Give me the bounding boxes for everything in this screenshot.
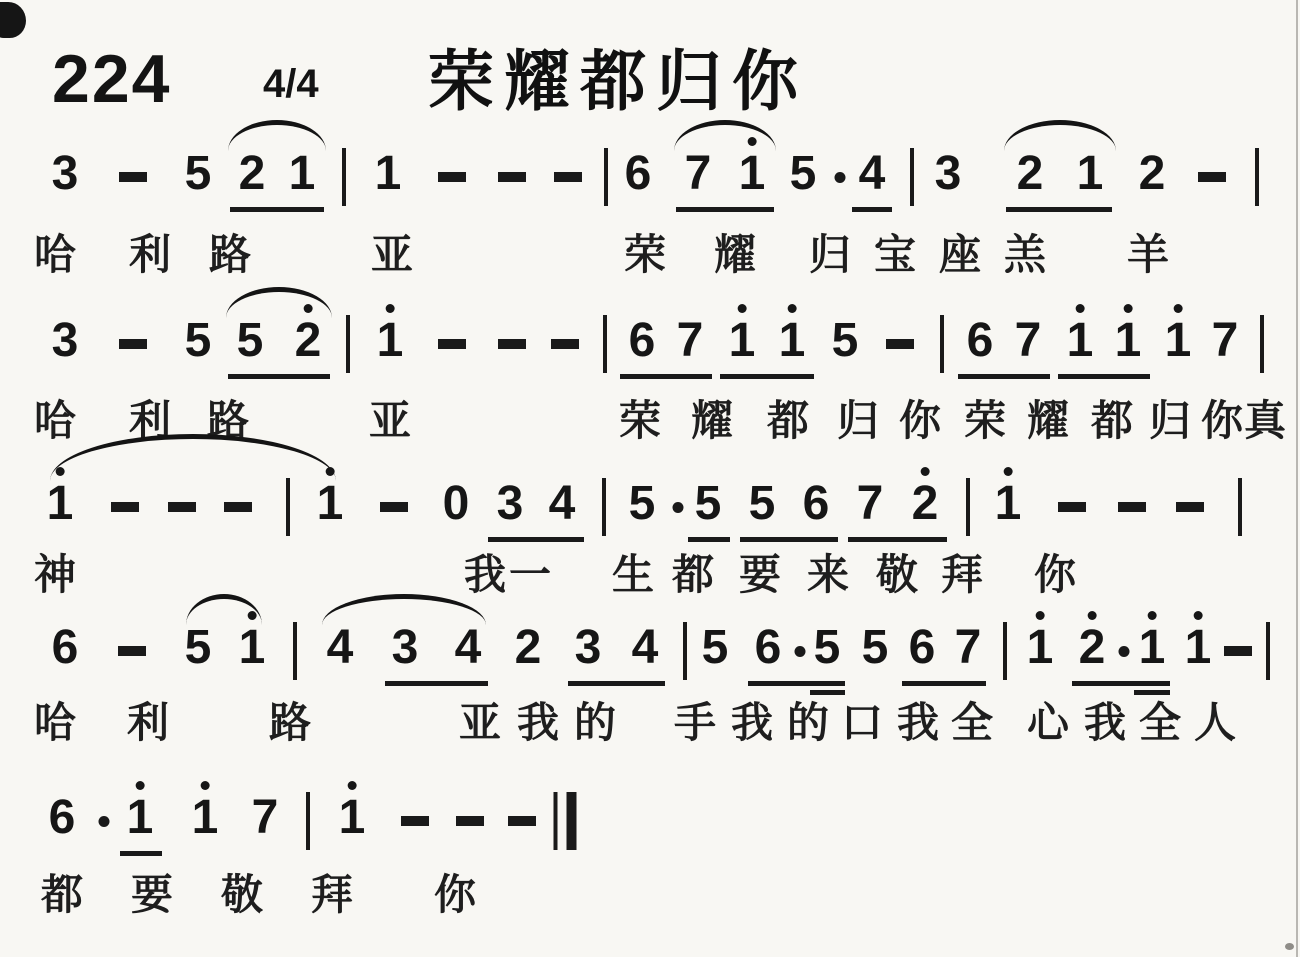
barline <box>306 794 310 850</box>
note-digit: 7 <box>857 480 884 528</box>
lyric-char: 要 <box>739 552 781 598</box>
eighth-beam <box>1006 207 1112 212</box>
note-digit: 7 <box>1015 317 1042 365</box>
duration-dash <box>119 317 147 349</box>
note-digit: 3 <box>52 150 79 198</box>
eighth-beam <box>228 374 330 379</box>
lyric-char: 都 <box>41 872 83 918</box>
note-digit: 4 <box>327 624 354 672</box>
note-digit: 1 <box>339 794 366 842</box>
duration-dash <box>118 624 146 656</box>
note-digit: 7 <box>1212 317 1239 365</box>
lyric-char: 羊 <box>1127 232 1169 278</box>
augmentation-dot <box>835 150 846 183</box>
augmentation-dot <box>99 794 110 827</box>
lyric-char: 敬 <box>876 552 918 598</box>
eighth-beam <box>1058 374 1150 379</box>
lyric-char: 要 <box>131 872 173 918</box>
augmentation-dot <box>1119 624 1130 657</box>
duration-dash <box>119 150 147 182</box>
note-digit: 5 <box>695 480 722 528</box>
lyric-char: 人 <box>1194 700 1236 746</box>
note-digit: 3 <box>935 150 962 198</box>
lyric-char: 的 <box>574 700 616 746</box>
lyric-char: 敬 <box>221 872 263 918</box>
duration-dash <box>1224 624 1252 656</box>
note-digit: 2 <box>239 150 266 198</box>
note-digit: 1 <box>1185 624 1212 672</box>
duration-dash <box>438 317 466 349</box>
lyric-char: 拜 <box>311 872 353 918</box>
duration-dash <box>1198 150 1226 182</box>
lyric-char: 我 <box>731 700 773 746</box>
note-digit: 7 <box>252 794 279 842</box>
lyric-char: 亚 <box>371 232 413 278</box>
lyric-char: 的 <box>787 700 829 746</box>
barline <box>940 317 944 373</box>
barline <box>1255 150 1259 206</box>
eighth-beam <box>1072 681 1170 686</box>
octave-dot <box>1124 304 1133 313</box>
lyric-char: 哈 <box>34 700 76 746</box>
barline <box>1003 624 1007 680</box>
tie-arc <box>50 434 336 481</box>
eighth-beam <box>720 374 814 379</box>
lyric-char: 荣 <box>619 398 661 444</box>
duration-dash <box>111 480 139 512</box>
lyric-char: 我 <box>1084 700 1126 746</box>
lyric-char: 耀 <box>714 232 756 278</box>
sixteenth-beam <box>810 690 845 695</box>
octave-dot <box>738 304 747 313</box>
barline <box>910 150 914 206</box>
note-digit: 2 <box>1139 150 1166 198</box>
octave-dot <box>1088 611 1097 620</box>
eighth-beam <box>676 207 774 212</box>
note-digit: 1 <box>739 150 766 198</box>
note-digit: 1 <box>729 317 756 365</box>
octave-dot <box>1148 611 1157 620</box>
duration-dash <box>498 150 526 182</box>
duration-dash <box>886 317 914 349</box>
note-digit: 5 <box>814 624 841 672</box>
eighth-beam <box>740 537 838 542</box>
note-digit: 1 <box>1139 624 1166 672</box>
lyric-char: 你 <box>1034 552 1076 598</box>
lyric-char: 哈 <box>34 232 76 278</box>
barline <box>603 317 607 373</box>
barline <box>342 150 346 206</box>
lyric-char: 亚 <box>459 700 501 746</box>
duration-dash <box>554 150 582 182</box>
note-digit: 5 <box>862 624 889 672</box>
lyric-char: 你 <box>1201 398 1243 444</box>
note-digit: 6 <box>755 624 782 672</box>
octave-dot <box>788 304 797 313</box>
lyric-char: 都 <box>672 552 714 598</box>
eighth-beam <box>568 681 665 686</box>
lyric-char: 我 <box>464 552 506 598</box>
lyric-char: 耀 <box>691 398 733 444</box>
lyric-char: 你 <box>899 398 941 444</box>
note-digit: 6 <box>967 317 994 365</box>
barline <box>1238 480 1242 536</box>
octave-dot <box>1174 304 1183 313</box>
note-digit: 5 <box>832 317 859 365</box>
duration-dash <box>380 480 408 512</box>
note-digit: 5 <box>629 480 656 528</box>
lyric-char: 来 <box>807 552 849 598</box>
note-digit: 1 <box>1115 317 1142 365</box>
octave-dot <box>1004 467 1013 476</box>
scanned-hymn-page: 224 4/4 荣耀都归你 35211671543212哈利路亚荣耀归宝座羔羊3… <box>0 0 1300 957</box>
note-digit: 2 <box>515 624 542 672</box>
note-digit: 6 <box>909 624 936 672</box>
augmentation-dot <box>673 480 684 513</box>
eighth-beam <box>688 537 730 542</box>
lyric-char: 羔 <box>1004 232 1046 278</box>
note-digit: 4 <box>859 150 886 198</box>
note-digit: 3 <box>52 317 79 365</box>
note-digit: 1 <box>127 794 154 842</box>
duration-dash <box>224 480 252 512</box>
barline <box>966 480 970 536</box>
duration-dash <box>498 317 526 349</box>
octave-dot <box>1194 611 1203 620</box>
lyric-char: 荣 <box>964 398 1006 444</box>
duration-dash <box>438 150 466 182</box>
eighth-beam <box>852 207 892 212</box>
note-digit: 1 <box>47 480 74 528</box>
lyric-char: 路 <box>209 232 251 278</box>
duration-dash <box>456 794 484 826</box>
note-digit: 1 <box>1165 317 1192 365</box>
note-digit: 1 <box>1067 317 1094 365</box>
note-digit: 6 <box>803 480 830 528</box>
eighth-beam <box>902 681 986 686</box>
octave-dot <box>136 781 145 790</box>
duration-dash <box>508 794 536 826</box>
lyric-char: 归 <box>809 232 851 278</box>
eighth-beam <box>230 207 324 212</box>
lyric-char: 都 <box>767 398 809 444</box>
note-digit: 6 <box>49 794 76 842</box>
lyric-char: 我 <box>517 700 559 746</box>
eighth-beam <box>488 537 584 542</box>
duration-dash <box>1058 480 1086 512</box>
octave-dot <box>1076 304 1085 313</box>
note-digit: 3 <box>392 624 419 672</box>
lyric-char: 哈 <box>34 398 76 444</box>
note-digit: 1 <box>317 480 344 528</box>
barline <box>1266 624 1270 680</box>
note-digit: 5 <box>749 480 776 528</box>
note-digit: 7 <box>685 150 712 198</box>
note-digit: 2 <box>1017 150 1044 198</box>
note-digit: 1 <box>1077 150 1104 198</box>
lyric-char: 你 <box>434 872 476 918</box>
octave-dot <box>386 304 395 313</box>
note-digit: 4 <box>549 480 576 528</box>
lyric-char: 荣 <box>624 232 666 278</box>
note-digit: 2 <box>1079 624 1106 672</box>
duration-dash <box>168 480 196 512</box>
barline <box>604 150 608 206</box>
barline <box>346 317 350 373</box>
note-digit: 3 <box>575 624 602 672</box>
note-digit: 6 <box>629 317 656 365</box>
duration-dash <box>1118 480 1146 512</box>
note-digit: 5 <box>185 624 212 672</box>
note-digit: 4 <box>632 624 659 672</box>
note-digit: 5 <box>237 317 264 365</box>
note-digit: 5 <box>185 150 212 198</box>
note-digit: 1 <box>192 794 219 842</box>
barline <box>683 624 687 680</box>
note-digit: 7 <box>955 624 982 672</box>
note-digit: 1 <box>377 317 404 365</box>
lyric-char: 全 <box>951 700 993 746</box>
lyric-char: 耀 <box>1027 398 1069 444</box>
barline <box>1260 317 1264 373</box>
eighth-beam <box>120 851 162 856</box>
note-digit: 4 <box>455 624 482 672</box>
augmentation-dot <box>795 624 806 657</box>
lyric-char: 口 <box>841 700 883 746</box>
note-digit: 2 <box>912 480 939 528</box>
lyric-char: 我 <box>897 700 939 746</box>
lyric-char: 心 <box>1027 700 1069 746</box>
lyric-char: 一 <box>509 552 551 598</box>
lyric-char: 手 <box>674 700 716 746</box>
score: 35211671543212哈利路亚荣耀归宝座羔羊355216711567111… <box>0 0 1300 957</box>
note-digit: 1 <box>779 317 806 365</box>
lyric-char: 座 <box>939 232 981 278</box>
note-digit: 1 <box>375 150 402 198</box>
lyric-char: 归 <box>1149 398 1191 444</box>
duration-dash <box>401 794 429 826</box>
octave-dot <box>921 467 930 476</box>
note-digit: 1 <box>239 624 266 672</box>
lyric-char: 拜 <box>941 552 983 598</box>
lyric-char: 真 <box>1244 398 1286 444</box>
lyric-char: 宝 <box>874 232 916 278</box>
note-digit: 1 <box>995 480 1022 528</box>
lyric-char: 神 <box>34 552 76 598</box>
lyric-char: 生 <box>612 552 654 598</box>
final-barline <box>554 794 577 850</box>
eighth-beam <box>620 374 712 379</box>
eighth-beam <box>958 374 1050 379</box>
eighth-beam <box>748 681 845 686</box>
note-digit: 2 <box>295 317 322 365</box>
note-digit: 1 <box>1027 624 1054 672</box>
note-digit: 3 <box>497 480 524 528</box>
octave-dot <box>348 781 357 790</box>
note-digit: 5 <box>790 150 817 198</box>
barline <box>293 624 297 680</box>
note-digit: 1 <box>289 150 316 198</box>
lyric-char: 亚 <box>369 398 411 444</box>
note-digit: 6 <box>625 150 652 198</box>
note-digit: 6 <box>52 624 79 672</box>
lyric-char: 归 <box>837 398 879 444</box>
lyric-char: 利 <box>127 700 169 746</box>
barline <box>602 480 606 536</box>
note-digit: 0 <box>443 480 470 528</box>
duration-dash <box>551 317 579 349</box>
lyric-char: 全 <box>1139 700 1181 746</box>
note-digit: 7 <box>677 317 704 365</box>
sixteenth-beam <box>1134 690 1170 695</box>
barline <box>286 480 290 536</box>
eighth-beam <box>385 681 488 686</box>
eighth-beam <box>848 537 947 542</box>
octave-dot <box>1036 611 1045 620</box>
lyric-char: 利 <box>129 232 171 278</box>
octave-dot <box>201 781 210 790</box>
lyric-char: 路 <box>269 700 311 746</box>
note-digit: 5 <box>702 624 729 672</box>
duration-dash <box>1176 480 1204 512</box>
note-digit: 5 <box>185 317 212 365</box>
lyric-char: 都 <box>1091 398 1133 444</box>
